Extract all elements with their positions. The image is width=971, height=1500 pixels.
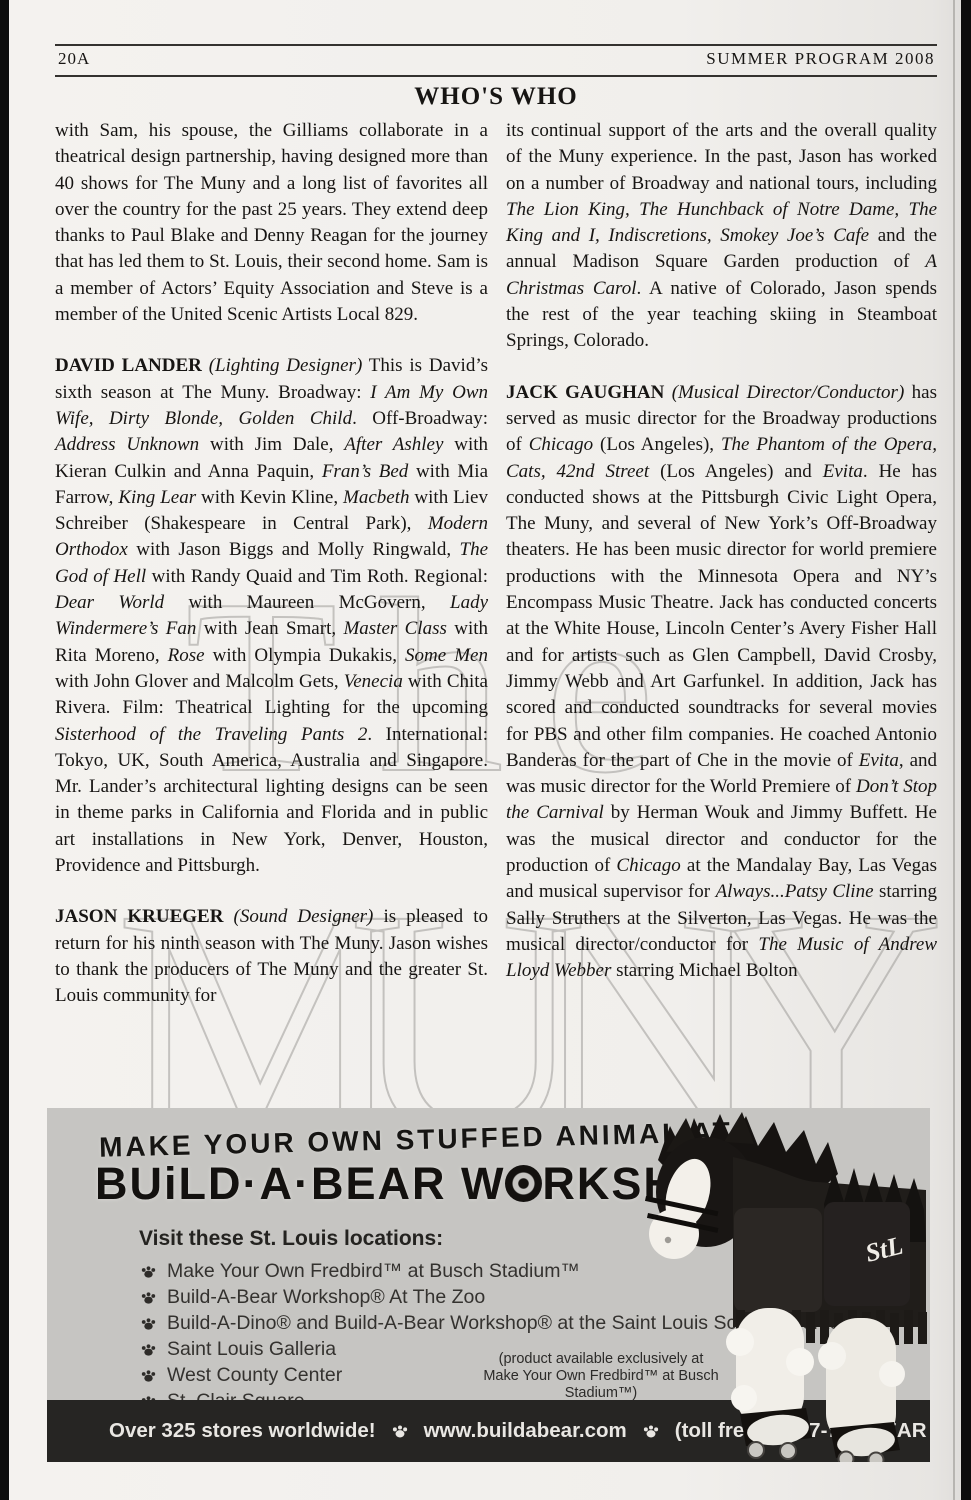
location-label: West County Center bbox=[167, 1364, 342, 1387]
section-title: WHO'S WHO bbox=[55, 83, 937, 111]
location-label: Make Your Own Fredbird™ at Busch Stadium… bbox=[167, 1260, 580, 1283]
program-title: SUMMER PROGRAM 2008 bbox=[706, 49, 935, 69]
paw-icon bbox=[141, 1290, 156, 1305]
bio-paragraph-gilliams: with Sam, his spouse, the Gilliams colla… bbox=[55, 118, 488, 328]
locations-title: Visit these St. Louis locations: bbox=[139, 1227, 443, 1251]
paw-icon bbox=[141, 1368, 156, 1383]
bio-paragraph-jack-gaughan: JACK GAUGHAN (Musical Director/Conductor… bbox=[506, 380, 937, 985]
left-column: with Sam, his spouse, the Gilliams colla… bbox=[55, 118, 488, 1035]
bio-paragraph-david-lander: DAVID LANDER (Lighting Designer) This is… bbox=[55, 353, 488, 879]
location-label: Saint Louis Galleria bbox=[167, 1338, 336, 1361]
header-rule-top bbox=[55, 44, 937, 46]
page-edge-shadow bbox=[953, 0, 955, 1500]
stores-count: Over 325 stores worldwide! bbox=[109, 1419, 376, 1443]
paw-icon bbox=[141, 1264, 156, 1279]
bio-paragraph-jason-krueger: JASON KRUEGER (Sound Designer) is please… bbox=[55, 904, 488, 1009]
right-column: its continual support of the arts and th… bbox=[506, 118, 937, 1010]
scan-edge-right bbox=[961, 0, 971, 1500]
program-page: The MUNY 20A SUMMER PROGRAM 2008 WHO'S W… bbox=[0, 0, 971, 1500]
bio-paragraph-krueger-continued: its continual support of the arts and th… bbox=[506, 118, 937, 355]
plush-horse-image: StL bbox=[628, 1112, 930, 1462]
paw-icon bbox=[141, 1316, 156, 1331]
button-o-icon bbox=[505, 1165, 542, 1202]
header-rule-bottom bbox=[55, 75, 937, 77]
scan-edge-left bbox=[0, 0, 9, 1500]
website-url: www.buildabear.com bbox=[424, 1419, 627, 1443]
paw-icon bbox=[141, 1342, 156, 1357]
brand-text-1: BUiLD·A·BEAR W bbox=[95, 1158, 505, 1209]
paw-icon bbox=[392, 1423, 408, 1439]
page-number: 20A bbox=[58, 49, 90, 69]
build-a-bear-advertisement: MAKE YOUR OWN STUFFED ANIMAL AT BUiLD·A·… bbox=[47, 1108, 930, 1462]
location-label: Build-A-Bear Workshop® At The Zoo bbox=[167, 1286, 485, 1309]
